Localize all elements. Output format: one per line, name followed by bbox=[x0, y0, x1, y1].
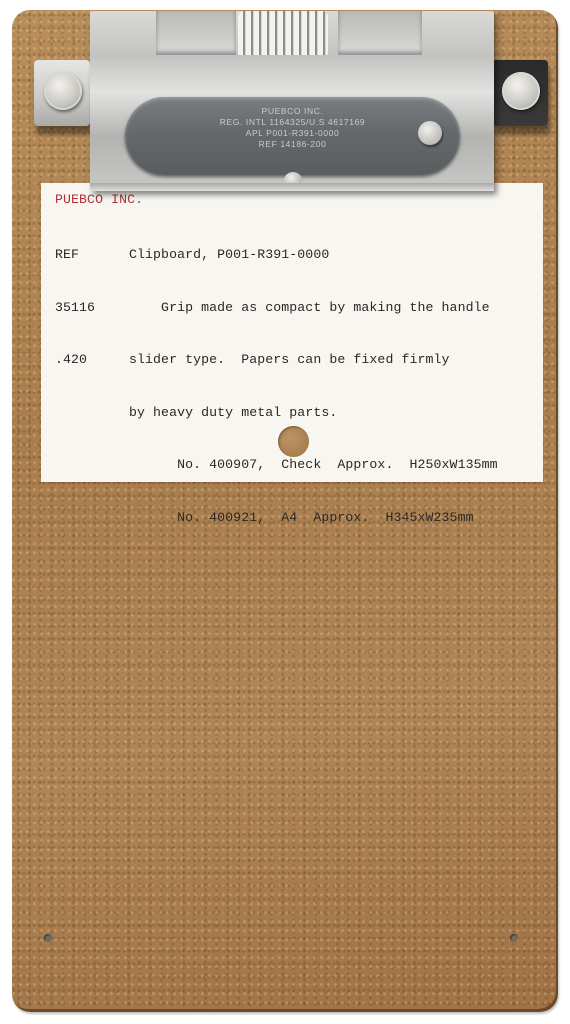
plate-rivet bbox=[418, 121, 442, 145]
plate-line: APL P001-R391-0000 bbox=[125, 128, 460, 139]
clip-lip bbox=[90, 183, 494, 191]
metal-clip[interactable]: PUEBCO INC. REG. INTL 1164325/U.S 461716… bbox=[90, 11, 494, 191]
spring-coil bbox=[238, 11, 328, 55]
clip-ear-left bbox=[34, 60, 90, 126]
ref-column: REF 35116 .420 bbox=[55, 211, 95, 404]
bolt-icon bbox=[44, 72, 82, 110]
clip-barrel-left bbox=[156, 11, 236, 55]
board-rivet-left bbox=[44, 934, 52, 942]
plate-engraving: PUEBCO INC. REG. INTL 1164325/U.S 461716… bbox=[125, 106, 460, 150]
ref-label: REF bbox=[55, 246, 95, 264]
clip-barrel-right bbox=[338, 11, 422, 55]
description-line: by heavy duty metal parts. bbox=[129, 404, 498, 422]
card-hole bbox=[278, 426, 309, 457]
description-line: slider type. Papers can be fixed firmly bbox=[129, 351, 498, 369]
bolt-icon bbox=[502, 72, 540, 110]
spec-line-a4: No. 400921, A4 Approx. H345xW235mm bbox=[129, 509, 498, 527]
engraved-plate: PUEBCO INC. REG. INTL 1164325/U.S 461716… bbox=[125, 97, 460, 175]
ref-number: 35116 bbox=[55, 299, 95, 317]
label-card: PUEBCO INC. REF 35116 .420 Clipboard, P0… bbox=[41, 183, 543, 482]
product-title: Clipboard, P001-R391-0000 bbox=[129, 246, 498, 264]
clip-ear-right bbox=[492, 60, 548, 126]
description-line: Grip made as compact by making the handl… bbox=[129, 299, 498, 317]
plate-line: PUEBCO INC. bbox=[125, 106, 460, 117]
brand-name: PUEBCO INC. bbox=[55, 191, 143, 209]
description-block: Clipboard, P001-R391-0000 Grip made as c… bbox=[129, 211, 498, 561]
ref-suffix: .420 bbox=[55, 351, 95, 369]
spec-line-check: No. 400907, Check Approx. H250xW135mm bbox=[129, 456, 498, 474]
plate-line: REF 14186-200 bbox=[125, 139, 460, 150]
board-rivet-right bbox=[510, 934, 518, 942]
plate-line: REG. INTL 1164325/U.S 4617169 bbox=[125, 117, 460, 128]
